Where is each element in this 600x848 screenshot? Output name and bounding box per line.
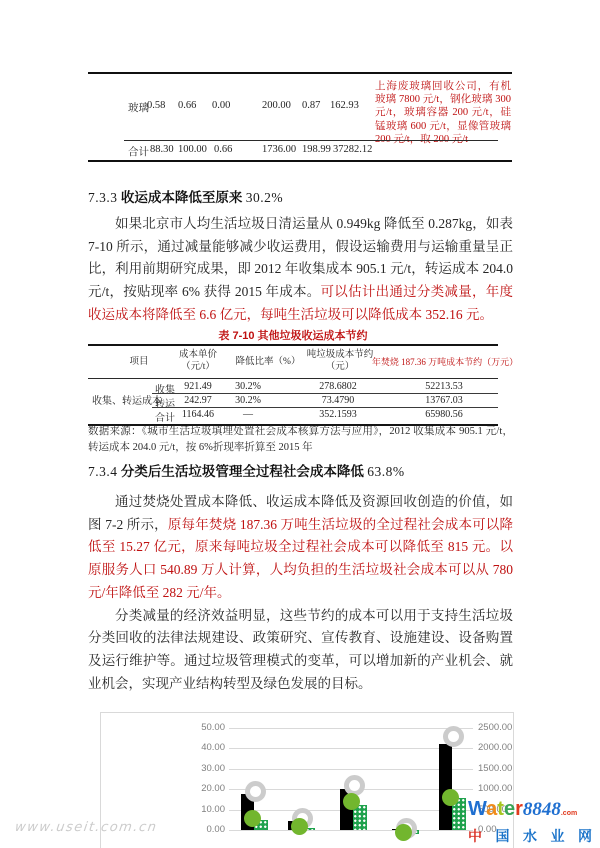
table-rule [88, 378, 498, 379]
paragraph-text: 通过焚烧处置成本降低、收运成本降低及资源回收创造的价值，如图 7-2 所示，原每… [88, 491, 513, 605]
cell-value: 88.30 [150, 144, 174, 155]
green-dot-marker [244, 810, 261, 827]
section-title: 分类后生活垃圾管理全过程社会成本降低 [121, 464, 364, 479]
black-bar [439, 744, 452, 830]
chart-gridline [229, 728, 473, 729]
water8848-logo: Water8848.com 中国水业网 [468, 799, 596, 846]
watermark-text: www.useit.com.cn [14, 820, 158, 835]
cell-ratio: 30.2% [235, 381, 261, 392]
figure-chart: 50.002500.0040.002000.0030.001500.0020.0… [100, 712, 514, 848]
table-row-total: 合计 88.30 100.00 0.66 1736.00 198.99 3728… [88, 144, 512, 158]
logo-letter: W [468, 798, 486, 820]
col-header-ratio: 降低比率（%） [236, 357, 301, 369]
table-rule [124, 140, 498, 141]
table-source-note: 数据来源：《城市生活垃圾填埋处置社会成本核算方法与应用》，2012 收集成本 9… [88, 424, 513, 456]
section-number: 7.3.4 [88, 464, 118, 479]
section-heading-734: 7.3.4 分类后生活垃圾管理全过程社会成本降低 63.8% [88, 460, 405, 480]
left-axis-tick: 10.00 [181, 804, 225, 816]
cell-label: 合计 [128, 144, 149, 159]
cell-ratio: — [243, 409, 253, 420]
paragraph-733: 如果北京市人均生活垃圾日清运量从 0.949kg 降低至 0.287kg，如表 … [88, 213, 513, 327]
cell-annual: 65980.56 [425, 409, 463, 420]
logo-word-letters: Water [468, 798, 523, 820]
logo-chinese-name: 中国水业网 [468, 826, 592, 846]
logo-cn-char: 国 [496, 826, 510, 846]
cell-ratio: 30.2% [235, 395, 261, 406]
gray-ring-marker [443, 726, 464, 747]
table-recyclables-fragment: 玻璃 0.58 0.66 0.00 200.00 0.87 162.93 上海废… [88, 72, 512, 162]
section-title: 收运成本降低至原来 [121, 190, 243, 205]
paragraphs-734: 通过焚烧处置成本降低、收运成本降低及资源回收创造的价值，如图 7-2 所示，原每… [88, 491, 513, 695]
chart-gridline [229, 748, 473, 749]
cell-value: 37282.12 [333, 144, 372, 155]
cell-value: 1736.00 [262, 144, 296, 155]
cell-value: 200.00 [262, 100, 291, 111]
paragraph-text: 分类减量的经济效益明显，这些节约的成本可以用于支持生活垃圾分类回收的法律法规建设… [88, 605, 513, 696]
left-axis-tick: 20.00 [181, 783, 225, 795]
cell-sub: 合计 [155, 409, 175, 424]
row-group-label: 收集、转运成本 [92, 392, 162, 407]
green-dot-marker [343, 793, 360, 810]
logo-letter: e [504, 798, 515, 820]
cell-annual: 13767.03 [425, 395, 463, 406]
col-header-unit-cost: 成本单价（元/t） [169, 350, 227, 373]
logo-cn-char: 网 [578, 826, 592, 846]
cell-value: 0.66 [178, 100, 196, 111]
cell-unit: 921.49 [184, 381, 212, 392]
logo-cn-char: 水 [523, 826, 537, 846]
cell-unit: 1164.46 [182, 409, 214, 420]
green-dot-marker [442, 789, 459, 806]
cell-perton: 73.4790 [322, 395, 355, 406]
table-rule [152, 393, 498, 394]
cell-price-note-red: 上海废玻璃回收公司，有机玻璃 7800 元/t，钢化玻璃 300 元/t，玻璃容… [375, 80, 511, 146]
col-header-annual-red: 年焚烧 187.36 万吨成本节约（万元） [372, 357, 518, 369]
gray-ring-marker [245, 781, 266, 802]
right-axis-tick: 2000.00 [478, 742, 512, 754]
section-number: 7.3.3 [88, 190, 118, 205]
logo-wordmark: Water8848.com [468, 799, 596, 824]
paragraph-text: 如果北京市人均生活垃圾日清运量从 0.949kg 降低至 0.287kg，如表 … [88, 213, 513, 327]
cell-value: 0.87 [302, 100, 320, 111]
logo-letter: a [486, 798, 497, 820]
table-rule [152, 407, 498, 408]
logo-cn-char: 业 [551, 826, 565, 846]
green-dot-marker [291, 818, 308, 835]
cell-value: 100.00 [178, 144, 207, 155]
right-axis-tick: 2500.00 [478, 722, 512, 734]
right-axis-tick: 1000.00 [478, 783, 512, 795]
cell-value: 198.99 [302, 144, 331, 155]
cell-value: 162.93 [330, 100, 359, 111]
cell-value: 0.00 [212, 100, 230, 111]
section-suffix: 30.2% [246, 190, 283, 205]
cell-perton: 278.6802 [319, 381, 357, 392]
cell-value: 0.58 [147, 100, 165, 111]
chart-gridline [229, 769, 473, 770]
right-axis-tick: 1500.00 [478, 763, 512, 775]
logo-cn-char: 中 [468, 826, 482, 846]
cell-unit: 242.97 [184, 395, 212, 406]
document-page: 玻璃 0.58 0.66 0.00 200.00 0.87 162.93 上海废… [0, 0, 600, 848]
section-heading-733: 7.3.3 收运成本降低至原来 30.2% [88, 186, 283, 206]
logo-letter: t [497, 798, 504, 820]
logo-letter: r [515, 798, 523, 820]
left-axis-tick: 30.00 [181, 763, 225, 775]
table-710-caption: 表 7-10 其他垃圾收运成本节约 [88, 327, 498, 343]
col-header-per-ton: 吨垃圾成本节约（元） [296, 350, 384, 373]
green-dot-marker [395, 824, 412, 841]
logo-number: 8848 [523, 799, 561, 820]
col-header-item: 项目 [129, 357, 148, 369]
left-axis-tick: 0.00 [181, 824, 225, 836]
cell-material: 玻璃 [128, 100, 149, 115]
table-710: 项目 成本单价（元/t） 降低比率（%） 吨垃圾成本节约（元） 年焚烧 187.… [88, 344, 498, 426]
cell-perton: 352.1593 [319, 409, 357, 420]
section-suffix: 63.8% [367, 464, 404, 479]
left-axis-tick: 40.00 [181, 742, 225, 754]
chart-gridline [229, 830, 473, 831]
cell-value: 0.66 [214, 144, 232, 155]
left-axis-tick: 50.00 [181, 722, 225, 734]
cell-annual: 52213.53 [425, 381, 463, 392]
logo-tld: .com [561, 810, 577, 817]
